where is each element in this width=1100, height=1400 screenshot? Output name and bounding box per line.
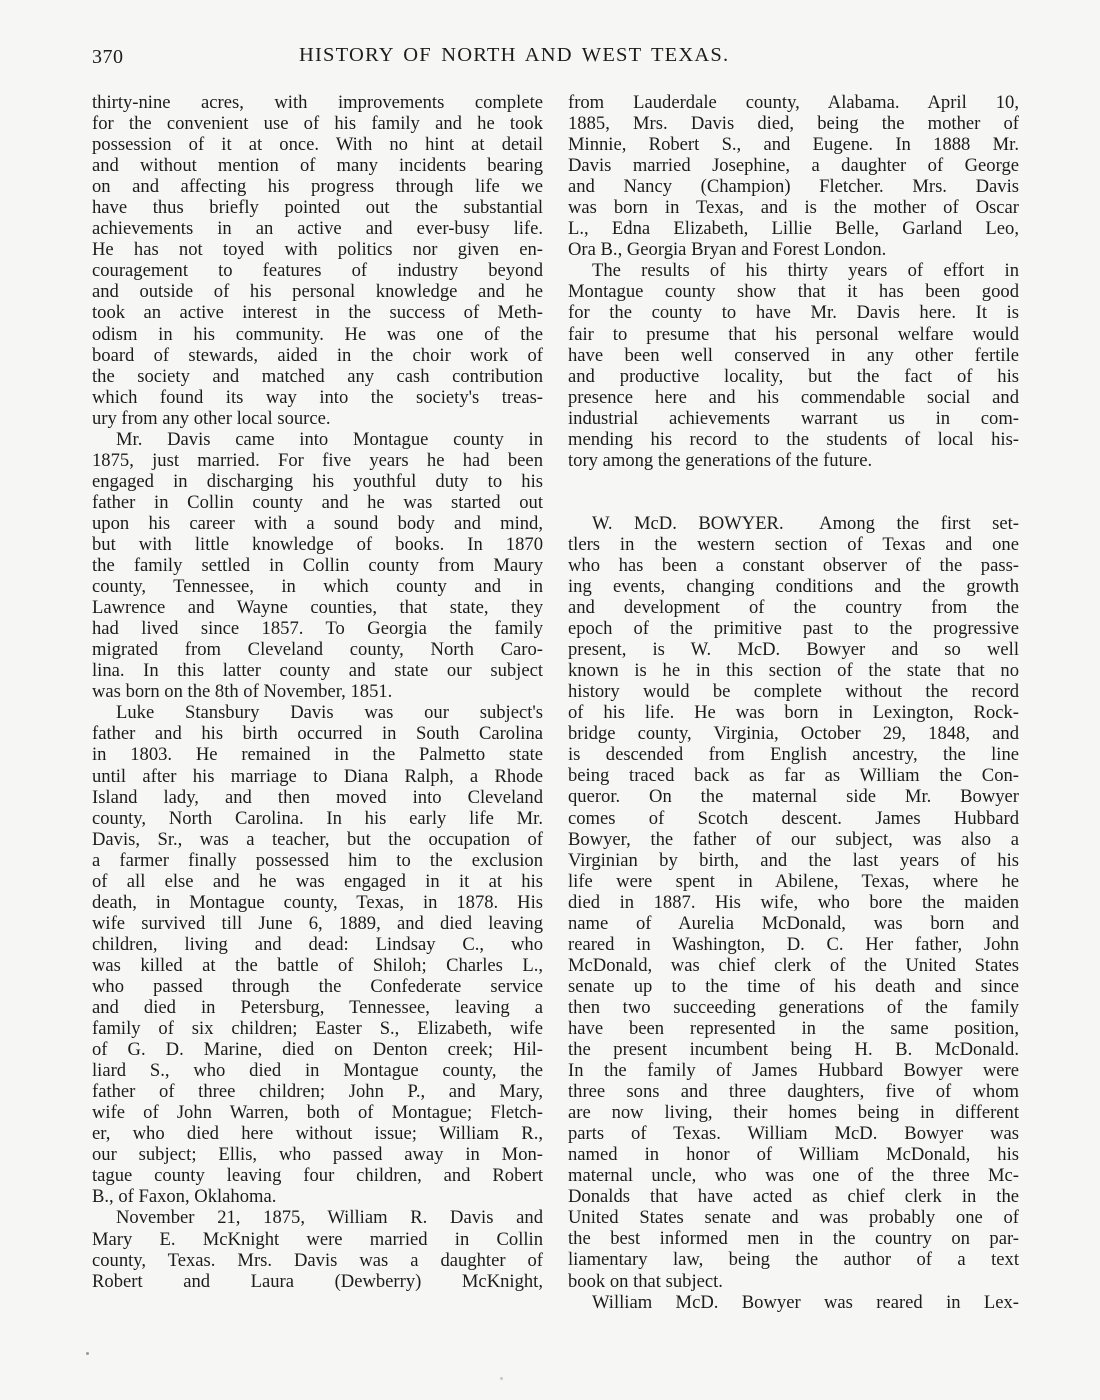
text-line: known is he in this section of the state…	[568, 660, 1019, 681]
section-gap	[568, 471, 1019, 513]
text-line: died in 1887. His wife, who bore the mai…	[568, 892, 1019, 913]
text-line: of his life. He was born in Lexington, R…	[568, 702, 1019, 723]
text-line: possession of it at once. With no hint a…	[92, 134, 543, 155]
text-line: presence here and his commendable social…	[568, 387, 1019, 408]
text-line: ing events, changing conditions and the …	[568, 576, 1019, 597]
section-heading-line: W. McD. BOWYER. Among the first set-	[568, 513, 1019, 534]
text-line: Mary E. McKnight were married in Collin	[92, 1229, 543, 1250]
text-line: board of stewards, aided in the choir wo…	[92, 345, 543, 366]
section-heading-continuation: Among the first set-	[819, 513, 1019, 534]
right-column: from Lauderdale county, Alabama. April 1…	[568, 92, 1019, 1313]
text-line: Donalds that have acted as chief clerk i…	[568, 1186, 1019, 1207]
text-line: industrial achievements warrant us in co…	[568, 408, 1019, 429]
text-line: then two succeeding generations of the f…	[568, 997, 1019, 1018]
text-line: from Lauderdale county, Alabama. April 1…	[568, 92, 1019, 113]
text-line: the present incumbent being H. B. McDona…	[568, 1039, 1019, 1060]
text-line: and died in Petersburg, Tennessee, leavi…	[92, 997, 543, 1018]
text-line: of all else and he was engaged in it at …	[92, 871, 543, 892]
text-line: father and his birth occurred in South C…	[92, 723, 543, 744]
text-line: father in Collin county and he was start…	[92, 492, 543, 513]
text-line: wife of John Warren, both of Montague; F…	[92, 1102, 543, 1123]
text-line: epoch of the primitive past to the progr…	[568, 618, 1019, 639]
text-line: 1885, Mrs. Davis died, being the mother …	[568, 113, 1019, 134]
text-line: life were spent in Abilene, Texas, where…	[568, 871, 1019, 892]
text-line: queror. On the maternal side Mr. Bowyer	[568, 786, 1019, 807]
text-line: named in honor of William McDonald, his	[568, 1144, 1019, 1165]
scan-speck	[500, 1377, 503, 1380]
text-line: the best informed men in the country on …	[568, 1228, 1019, 1249]
text-line: have thus briefly pointed out the substa…	[92, 197, 543, 218]
text-line: who has been a constant observer of the …	[568, 555, 1019, 576]
left-column: thirty-nine acres, with improvements com…	[92, 92, 543, 1292]
text-line: present, is W. McD. Bowyer and so well	[568, 639, 1019, 660]
text-line: Robert and Laura (Dewberry) McKnight,	[92, 1271, 543, 1292]
text-line: the society and matched any cash contrib…	[92, 366, 543, 387]
text-line: tlers in the western section of Texas an…	[568, 534, 1019, 555]
text-line: engaged in discharging his youthful duty…	[92, 471, 543, 492]
text-line: was killed at the battle of Shiloh; Char…	[92, 955, 543, 976]
text-line: upon his career with a sound body and mi…	[92, 513, 543, 534]
text-line: our subject; Ellis, who passed away in M…	[92, 1144, 543, 1165]
text-line: migrated from Cleveland county, North Ca…	[92, 639, 543, 660]
text-line: father of three children; John P., and M…	[92, 1081, 543, 1102]
text-line: and outside of his personal knowledge an…	[92, 281, 543, 302]
text-line: maternal uncle, who was one of the three…	[568, 1165, 1019, 1186]
text-line: Virginian by birth, and the last years o…	[568, 850, 1019, 871]
text-line: Davis, Sr., was a teacher, but the occup…	[92, 829, 543, 850]
text-line: are now living, their homes being in dif…	[568, 1102, 1019, 1123]
text-line: county, Texas. Mrs. Davis was a daughter…	[92, 1250, 543, 1271]
text-line: United States senate and was probably on…	[568, 1207, 1019, 1228]
text-line: fair to presume that his personal welfar…	[568, 324, 1019, 345]
text-line: couragement to features of industry beyo…	[92, 260, 543, 281]
right-column-bottom-text: tlers in the western section of Texas an…	[568, 534, 1019, 1313]
text-line: liard S., who died in Montague county, t…	[92, 1060, 543, 1081]
right-column-top-text: from Lauderdale county, Alabama. April 1…	[568, 92, 1019, 471]
text-line: took an active interest in the success o…	[92, 302, 543, 323]
text-line: Montague county show that it has been go…	[568, 281, 1019, 302]
text-line: and without mention of many incidents be…	[92, 155, 543, 176]
text-line: in 1803. He remained in the Palmetto sta…	[92, 744, 543, 765]
text-line: senate up to the time of his death and s…	[568, 976, 1019, 997]
text-line: death, in Montague county, Texas, in 187…	[92, 892, 543, 913]
text-line: comes of Scotch descent. James Hubbard	[568, 808, 1019, 829]
text-line: mending his record to the students of lo…	[568, 429, 1019, 450]
text-line: which found its way into the society's t…	[92, 387, 543, 408]
text-line: children, living and dead: Lindsay C., w…	[92, 934, 543, 955]
scan-speck	[86, 1352, 89, 1355]
text-line: thirty-nine acres, with improvements com…	[92, 92, 543, 113]
text-line: L., Edna Elizabeth, Lillie Belle, Garlan…	[568, 218, 1019, 239]
text-line: and productive locality, but the fact of…	[568, 366, 1019, 387]
text-line: was born in Texas, and is the mother of …	[568, 197, 1019, 218]
text-line: odism in his community. He was one of th…	[92, 324, 543, 345]
text-line: parts of Texas. William McD. Bowyer was	[568, 1123, 1019, 1144]
text-line: 1875, just married. For five years he ha…	[92, 450, 543, 471]
text-line: In the family of James Hubbard Bowyer we…	[568, 1060, 1019, 1081]
text-line: of G. D. Marine, died on Denton creek; H…	[92, 1039, 543, 1060]
text-line: but with little knowledge of books. In 1…	[92, 534, 543, 555]
text-line: family of six children; Easter S., Eliza…	[92, 1018, 543, 1039]
text-line: is descended from English ancestry, the …	[568, 744, 1019, 765]
text-line: county, Tennessee, in which county and i…	[92, 576, 543, 597]
text-line: Ora B., Georgia Bryan and Forest London.	[568, 239, 1019, 260]
text-line: wife survived till June 6, 1889, and die…	[92, 913, 543, 934]
text-line: lina. In this latter county and state ou…	[92, 660, 543, 681]
text-line: tory among the generations of the future…	[568, 450, 1019, 471]
text-line: bridge county, Virginia, October 29, 184…	[568, 723, 1019, 744]
text-line: ury from any other local source.	[92, 408, 543, 429]
text-line: tague county leaving four children, and …	[92, 1165, 543, 1186]
text-line: November 21, 1875, William R. Davis and	[92, 1207, 543, 1228]
text-line: He has not toyed with politics nor given…	[92, 239, 543, 260]
text-line: liamentary law, being the author of a te…	[568, 1249, 1019, 1270]
text-line: McDonald, was chief clerk of the United …	[568, 955, 1019, 976]
text-line: er, who died here without issue; William…	[92, 1123, 543, 1144]
text-line: a farmer finally possessed him to the ex…	[92, 850, 543, 871]
text-line: The results of his thirty years of effor…	[568, 260, 1019, 281]
text-line: for the county to have Mr. Davis here. I…	[568, 302, 1019, 323]
text-line: county, North Carolina. In his early lif…	[92, 808, 543, 829]
text-line: on and affecting his progress through li…	[92, 176, 543, 197]
text-line: Island lady, and then moved into Clevela…	[92, 787, 543, 808]
text-line: have been represented in the same positi…	[568, 1018, 1019, 1039]
text-line: name of Aurelia McDonald, was born and	[568, 913, 1019, 934]
text-line: was born on the 8th of November, 1851.	[92, 681, 543, 702]
section-heading: W. McD. BOWYER.	[592, 513, 784, 534]
text-line: and Nancy (Champion) Fletcher. Mrs. Davi…	[568, 176, 1019, 197]
running-title: HISTORY OF NORTH AND WEST TEXAS.	[299, 44, 729, 67]
text-line: being traced back as far as William the …	[568, 765, 1019, 786]
text-line: book on that subject.	[568, 1271, 1019, 1292]
text-line: for the convenient use of his family and…	[92, 113, 543, 134]
text-line: Minnie, Robert S., and Eugene. In 1888 M…	[568, 134, 1019, 155]
text-line: three sons and three daughters, five of …	[568, 1081, 1019, 1102]
text-line: who passed through the Confederate servi…	[92, 976, 543, 997]
text-line: Lawrence and Wayne counties, that state,…	[92, 597, 543, 618]
text-line: Davis married Josephine, a daughter of G…	[568, 155, 1019, 176]
text-line: have been well conserved in any other fe…	[568, 345, 1019, 366]
text-line: William McD. Bowyer was reared in Lex-	[568, 1292, 1019, 1313]
text-line: reared in Washington, D. C. Her father, …	[568, 934, 1019, 955]
text-line: and development of the country from the	[568, 597, 1019, 618]
text-line: the family settled in Collin county from…	[92, 555, 543, 576]
text-line: Bowyer, the father of our subject, was a…	[568, 829, 1019, 850]
text-line: achievements in an active and ever-busy …	[92, 218, 543, 239]
text-line: Luke Stansbury Davis was our subject's	[92, 702, 543, 723]
text-line: B., of Faxon, Oklahoma.	[92, 1186, 543, 1207]
text-line: had lived since 1857. To Georgia the fam…	[92, 618, 543, 639]
text-line: history would be complete without the re…	[568, 681, 1019, 702]
text-line: until after his marriage to Diana Ralph,…	[92, 766, 543, 787]
text-line: Mr. Davis came into Montague county in	[92, 429, 543, 450]
page-number: 370	[92, 46, 124, 69]
